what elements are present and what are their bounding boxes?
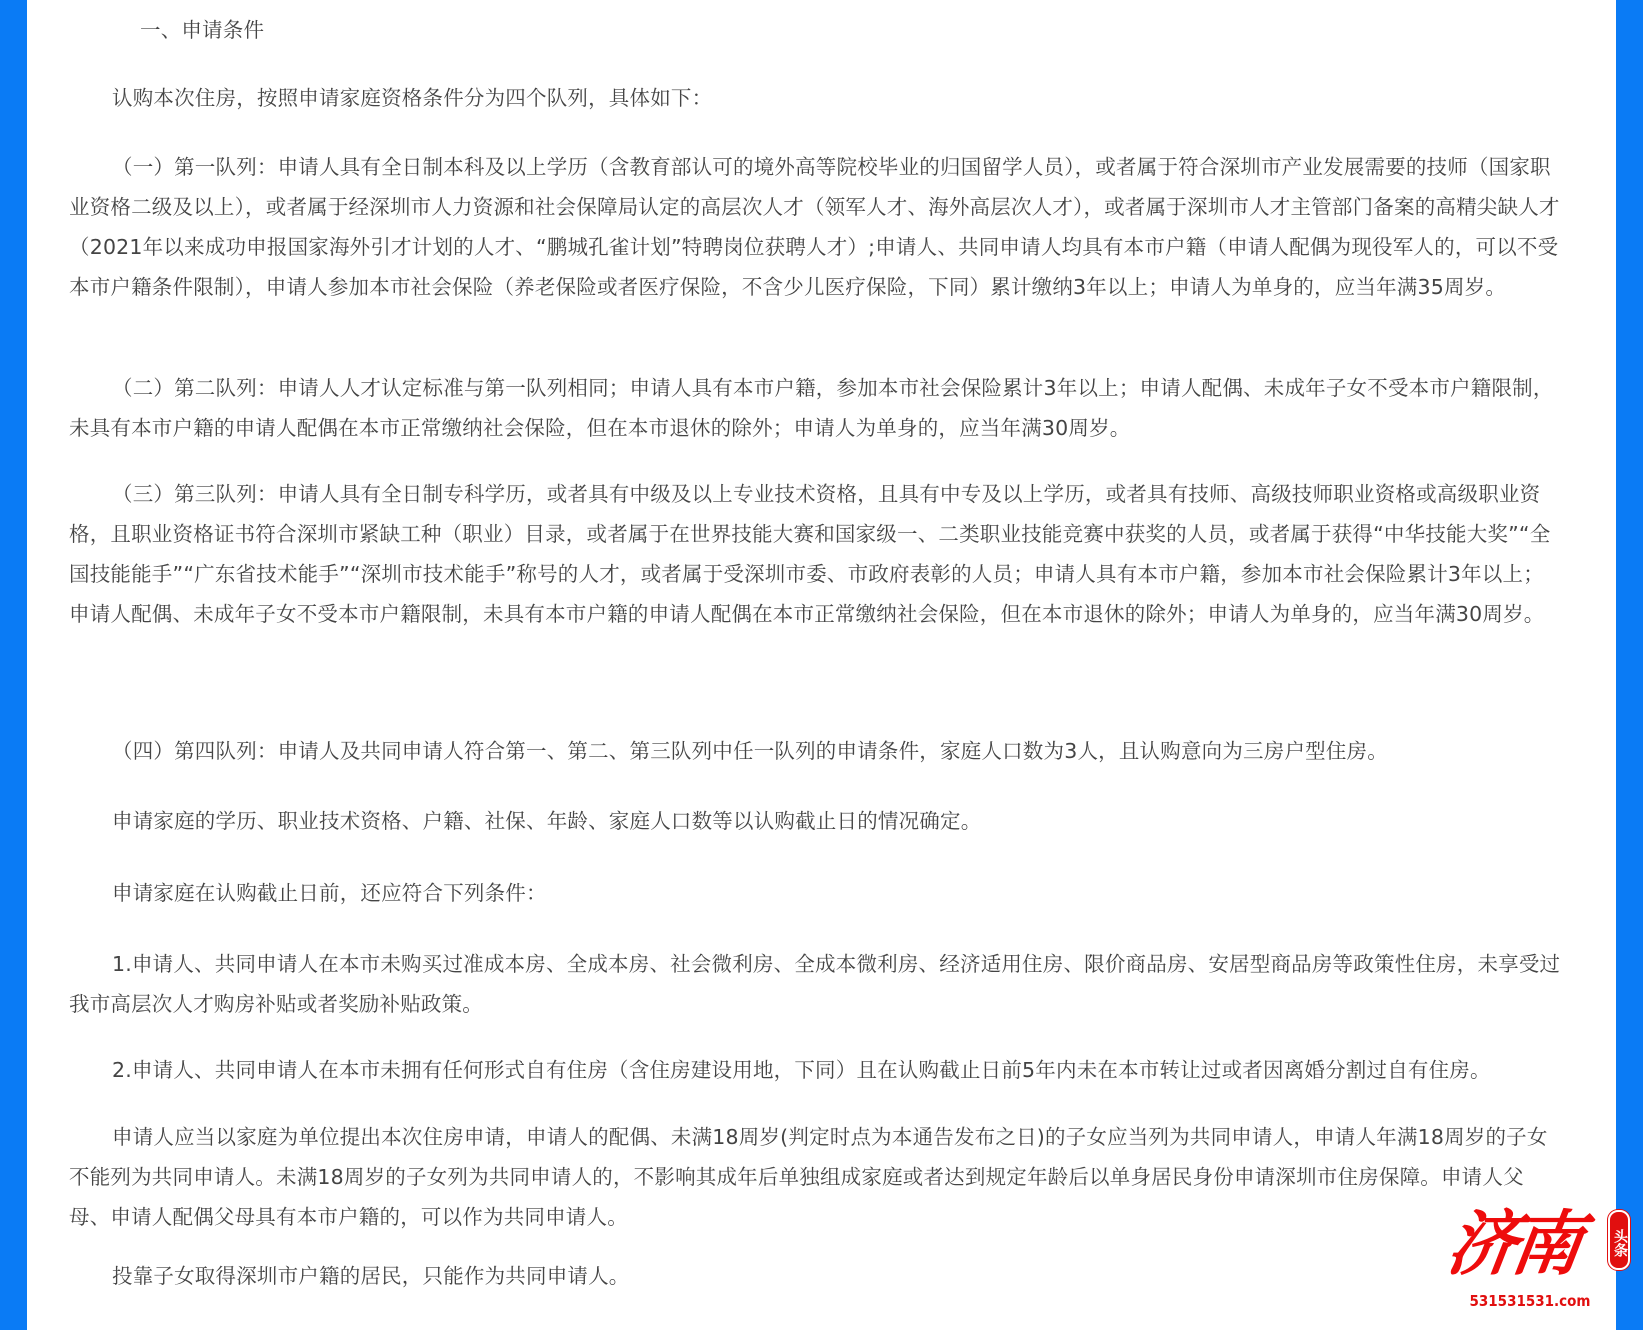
determination-paragraph: 申请家庭的学历、职业技术资格、户籍、社保、年龄、家庭人口数等以认购截止日的情况确… — [69, 801, 1564, 841]
additional-conditions-intro: 申请家庭在认购截止日前，还应符合下列条件： — [69, 873, 1564, 913]
queue-3-paragraph: （三）第三队列：申请人具有全日制专科学历，或者具有中级及以上专业技术资格，且具有… — [69, 474, 1564, 634]
jinan-toutiao-watermark: 济南 头条 531531531.com — [1440, 1200, 1620, 1330]
condition-2-paragraph: 2.申请人、共同申请人在本市未拥有任何形式自有住房（含住房建设用地，下同）且在认… — [69, 1050, 1564, 1090]
section-heading: 一、申请条件 — [140, 10, 1635, 50]
intro-paragraph: 认购本次住房，按照申请家庭资格条件分为四个队列，具体如下： — [69, 78, 1564, 118]
document-panel: 一、申请条件 认购本次住房，按照申请家庭资格条件分为四个队列，具体如下： （一）… — [27, 0, 1616, 1330]
queue-4-paragraph: （四）第四队列：申请人及共同申请人符合第一、第二、第三队列中任一队列的申请条件，… — [69, 731, 1564, 771]
watermark-brand-logo: 济南 — [1442, 1204, 1581, 1284]
dependent-rule-paragraph: 投靠子女取得深圳市户籍的居民，只能作为共同申请人。 — [69, 1256, 1564, 1296]
queue-1-paragraph: （一）第一队列：申请人具有全日制本科及以上学历（含教育部认可的境外高等院校毕业的… — [69, 147, 1564, 307]
condition-1-paragraph: 1.申请人、共同申请人在本市未购买过准成本房、全成本房、社会微利房、全成本微利房… — [69, 944, 1564, 1024]
watermark-url: 531531531.com — [1440, 1292, 1620, 1310]
watermark-badge: 头条 — [1608, 1210, 1630, 1270]
household-rule-paragraph: 申请人应当以家庭为单位提出本次住房申请，申请人的配偶、未满18周岁(判定时点为本… — [69, 1117, 1564, 1237]
queue-2-paragraph: （二）第二队列：申请人人才认定标准与第一队列相同；申请人具有本市户籍，参加本市社… — [69, 368, 1564, 448]
